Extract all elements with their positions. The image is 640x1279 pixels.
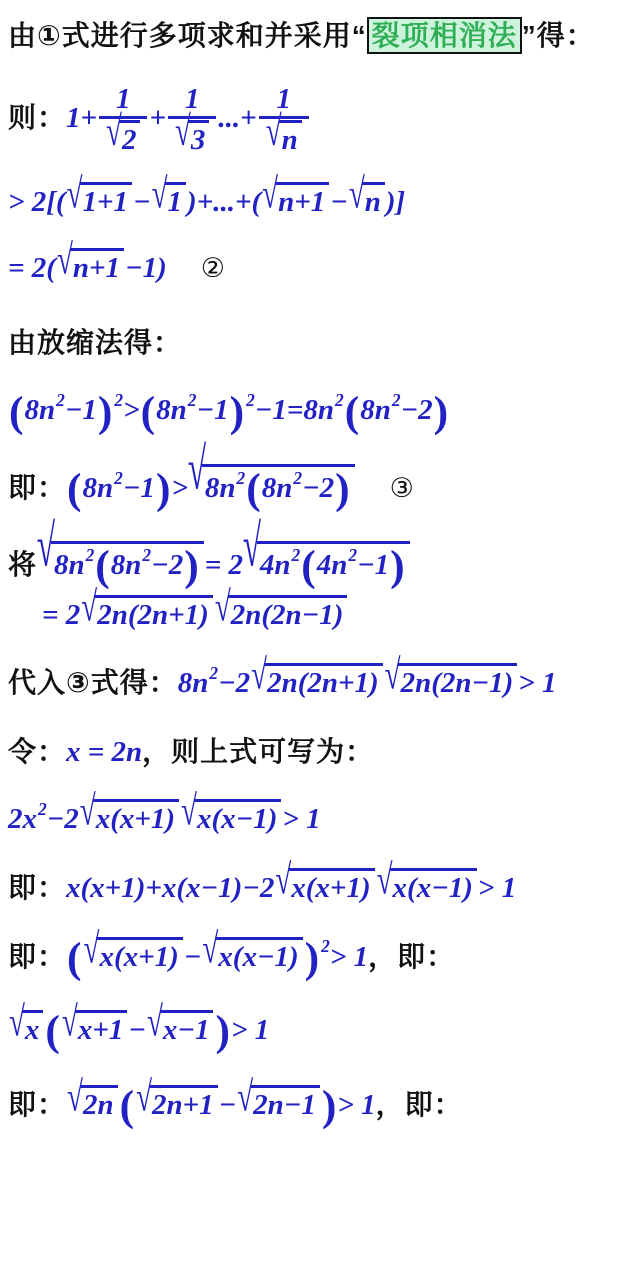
- sqrt-radical: √2n(2n+1): [81, 595, 213, 632]
- radicand: 2n−1: [250, 1085, 320, 1122]
- superscript: 2: [348, 545, 357, 565]
- equation-3-line: 即：(8n2−1)>√8n2(8n2−2)③: [8, 464, 632, 512]
- radical-sign-icon: √: [106, 109, 122, 157]
- radicand: 1: [165, 182, 187, 219]
- radicand: 8n2(8n2−2): [51, 541, 204, 589]
- big-paren: (: [246, 468, 261, 512]
- equation-number-badge: ②: [201, 253, 225, 284]
- radical-sign-icon: √: [377, 857, 393, 905]
- radical-sign-icon: √: [262, 171, 278, 219]
- equation-number-badge: ③: [390, 473, 414, 504]
- radical-sign-icon: √: [62, 999, 78, 1047]
- radicand: n+1: [70, 248, 124, 285]
- big-paren: (: [141, 391, 156, 435]
- radicand: 4n2(4n2−1): [257, 541, 410, 589]
- sqrt-transform-line: 将√8n2(8n2−2)= 2√4n2(4n2−1): [8, 541, 632, 589]
- sqrt-radical: √x−1: [147, 1010, 214, 1047]
- superscript: 2: [56, 390, 65, 410]
- big-paren: ): [305, 937, 320, 981]
- radicand: x(x+1): [93, 799, 179, 836]
- radical-sign-icon: √: [81, 584, 97, 632]
- chinese-text: ，即：: [376, 1089, 463, 1120]
- squared-inequality-line: (8n2−1)2>(8n2−1)2−1=8n2(8n2−2): [8, 390, 632, 434]
- radicand: n: [362, 182, 385, 219]
- big-paren: (: [95, 545, 110, 589]
- let-x-line: 令：x = 2n，则上式可写为：: [8, 730, 632, 770]
- radicand: 2n(2n−1): [228, 595, 348, 632]
- radical-sign-icon: √: [67, 1074, 83, 1122]
- fraction: 1√n: [259, 83, 309, 158]
- sqrt-radical: √x(x−1): [202, 937, 302, 974]
- big-paren: ): [335, 468, 350, 512]
- scaling-method-line: 由放缩法得：: [8, 321, 632, 361]
- superscript: 2: [292, 545, 301, 565]
- math-expression: 2x2−2√x(x+1)√x(x−1)> 1: [8, 803, 321, 835]
- chinese-text: ”得：: [522, 20, 595, 51]
- radicand: n+1: [275, 182, 329, 219]
- radical-sign-icon: √: [136, 1074, 152, 1122]
- math-expression: √x(√x+1−√x−1)> 1: [8, 1014, 269, 1046]
- radical-sign-icon: √: [215, 584, 231, 632]
- sqrt-radical: √x+1: [62, 1010, 127, 1047]
- perfect-square-line: 即：(√x(x+1)−√x(x−1))2> 1，即：: [8, 935, 632, 981]
- radicand: 2n: [80, 1085, 118, 1122]
- big-paren: ): [215, 1010, 230, 1054]
- sqrt-radical: √n: [266, 120, 302, 157]
- highlight-term-box: 裂项相消法: [367, 17, 522, 54]
- telescoping-expansion-line: > 2[(√1+1−√1)+...+(√n+1−√n)]: [8, 182, 632, 219]
- sqrt-radical: √n+1: [57, 248, 124, 285]
- radicand: x: [22, 1010, 44, 1047]
- radicand: x−1: [160, 1010, 214, 1047]
- sqrt-radical: √2n(2n−1): [385, 663, 518, 700]
- chinese-text: ，则上式可写为：: [142, 736, 374, 767]
- math-expression: (8n2−1)>√8n2(8n2−2): [66, 472, 356, 504]
- math-expression: (√x(x+1)−√x(x−1))2> 1: [66, 941, 368, 973]
- big-paren: (: [345, 391, 360, 435]
- superscript: 2: [321, 936, 330, 956]
- sqrt-radical: √2n−1: [237, 1085, 320, 1122]
- radicand: x+1: [75, 1010, 128, 1047]
- radical-sign-icon: √: [266, 109, 282, 157]
- superscript: 2: [188, 390, 197, 410]
- big-paren: ): [390, 545, 405, 589]
- final-2n-line: 即：√2n(√2n+1−√2n−1)> 1，即：: [8, 1083, 632, 1129]
- x-inequality-line: 2x2−2√x(x+1)√x(x−1)> 1: [8, 799, 632, 836]
- radical-sign-icon: √: [243, 514, 261, 582]
- radical-sign-icon: √: [147, 999, 163, 1047]
- radical-sign-icon: √: [275, 857, 291, 905]
- sqrt-radical: √1: [152, 182, 186, 219]
- radicand: 2n(2n+1): [94, 595, 213, 632]
- radical-sign-icon: √: [152, 171, 168, 219]
- fraction-denominator: √2: [99, 116, 147, 157]
- superscript: 2: [246, 390, 255, 410]
- sqrt-radical: √x(x−1): [377, 868, 477, 905]
- big-paren: ): [184, 545, 199, 589]
- superscript: 2: [38, 799, 47, 819]
- radicand: 2: [119, 120, 141, 157]
- big-paren: (: [67, 937, 82, 981]
- series-sum-line: 则：1+1√2+1√3...+1√n: [8, 83, 632, 158]
- sqrt-radical: √1+1: [67, 182, 132, 219]
- sqrt-radical: √2n(2n+1): [251, 663, 383, 700]
- superscript: 2: [114, 468, 123, 488]
- big-paren: (: [120, 1085, 135, 1129]
- fraction: 1√2: [99, 83, 147, 158]
- big-paren: ): [98, 391, 113, 435]
- big-paren: (: [45, 1010, 60, 1054]
- math-expression: = 2√2n(2n+1)√2n(2n−1): [42, 599, 348, 631]
- radicand: 3: [188, 120, 210, 157]
- math-expression: = 2(√n+1−1): [8, 252, 167, 284]
- big-paren: (: [301, 545, 316, 589]
- chinese-text: 即：: [8, 472, 66, 503]
- radicand: 8n2(8n2−2): [202, 464, 355, 512]
- radical-sign-icon: √: [202, 926, 218, 974]
- expanded-x-line: 即：x(x+1)+x(x−1)−2√x(x+1)√x(x−1)> 1: [8, 866, 632, 906]
- chinese-text: 即：: [8, 1089, 66, 1120]
- radicand: 1+1: [80, 182, 133, 219]
- radicand: 2n(2n−1): [398, 663, 518, 700]
- chinese-text: 由①式进行多项求和并采用“: [8, 20, 367, 51]
- radical-sign-icon: √: [80, 788, 96, 836]
- sqrt-radical: √3: [175, 120, 209, 157]
- chinese-text: 即：: [8, 872, 66, 903]
- superscript: 2: [86, 545, 95, 565]
- chinese-text: 将: [8, 549, 37, 580]
- big-paren: ): [434, 391, 449, 435]
- radical-sign-icon: √: [385, 652, 401, 700]
- chinese-text: ，即：: [368, 941, 455, 972]
- chinese-text: 则：: [8, 102, 66, 133]
- math-expression: √2n(√2n+1−√2n−1)> 1: [66, 1089, 376, 1121]
- sqrt-x-factor-line: √x(√x+1−√x−1)> 1: [8, 1010, 632, 1054]
- chinese-text: 即：: [8, 941, 66, 972]
- math-expression: 1+1√2+1√3...+1√n: [66, 102, 311, 134]
- radical-sign-icon: √: [181, 788, 197, 836]
- big-paren: ): [156, 468, 171, 512]
- big-paren: ): [230, 391, 245, 435]
- radical-sign-icon: √: [57, 237, 73, 285]
- chinese-text: 代入③式得：: [8, 667, 178, 698]
- sqrt-radical: √x(x+1): [80, 799, 179, 836]
- radical-sign-icon: √: [37, 514, 55, 582]
- radicand: x(x+1): [96, 937, 182, 974]
- substitute-into-3-line: 代入③式得：8n2−2√2n(2n+1)√2n(2n−1)> 1: [8, 661, 632, 701]
- sqrt-radical: √x(x+1): [275, 868, 374, 905]
- sqrt-radical: √2n: [67, 1085, 118, 1122]
- superscript: 2: [237, 468, 246, 488]
- superscript: 2: [142, 545, 151, 565]
- radical-sign-icon: √: [251, 652, 267, 700]
- big-paren: (: [9, 391, 24, 435]
- fraction-denominator: √3: [168, 116, 216, 157]
- radical-sign-icon: √: [188, 437, 206, 505]
- radical-sign-icon: √: [9, 999, 25, 1047]
- math-proof-document: 由①式进行多项求和并采用“裂项相消法”得：则：1+1√2+1√3...+1√n>…: [8, 14, 632, 1129]
- superscript: 2: [209, 663, 218, 683]
- radicand: x(x−1): [215, 937, 302, 974]
- sqrt-radical: √8n2(8n2−2): [38, 541, 204, 589]
- equation-2-line: = 2(√n+1−1)②: [8, 248, 632, 285]
- sqrt-radical: √n+1: [262, 182, 329, 219]
- superscript: 2: [335, 390, 344, 410]
- radical-sign-icon: √: [67, 171, 83, 219]
- sqrt-radical: √2n+1: [136, 1085, 218, 1122]
- radicand: n: [279, 120, 302, 157]
- radical-sign-icon: √: [237, 1074, 253, 1122]
- sqrt-radical: √x(x−1): [181, 799, 281, 836]
- big-paren: ): [322, 1085, 337, 1129]
- math-expression: > 2[(√1+1−√1)+...+(√n+1−√n)]: [8, 186, 405, 218]
- math-expression: (8n2−1)2>(8n2−1)2−1=8n2(8n2−2): [8, 394, 449, 426]
- radicand: x(x+1): [288, 868, 374, 905]
- superscript: 2: [114, 390, 123, 410]
- big-paren: (: [67, 468, 82, 512]
- radical-sign-icon: √: [84, 926, 100, 974]
- intro-line: 由①式进行多项求和并采用“裂项相消法”得：: [8, 14, 632, 54]
- sqrt-radical: √2: [106, 120, 140, 157]
- math-expression: x = 2n: [66, 736, 142, 768]
- math-expression: 8n2−2√2n(2n+1)√2n(2n−1)> 1: [178, 667, 557, 699]
- sqrt-radical: √4n2(4n2−1): [244, 541, 410, 589]
- math-expression: x(x+1)+x(x−1)−2√x(x+1)√x(x−1)> 1: [66, 872, 516, 904]
- fraction: 1√3: [168, 83, 216, 158]
- radical-sign-icon: √: [349, 171, 365, 219]
- factored-product-line: = 2√2n(2n+1)√2n(2n−1): [8, 595, 632, 632]
- chinese-text: 由放缩法得：: [8, 327, 182, 358]
- radical-sign-icon: √: [175, 109, 191, 157]
- chinese-text: 令：: [8, 736, 66, 767]
- sqrt-radical: √8n2(8n2−2): [189, 464, 355, 512]
- sqrt-radical: √n: [349, 182, 385, 219]
- math-expression: √8n2(8n2−2)= 2√4n2(4n2−1): [37, 549, 411, 581]
- radicand: 2n+1: [149, 1085, 218, 1122]
- radicand: x(x−1): [194, 799, 281, 836]
- superscript: 2: [392, 390, 401, 410]
- sqrt-radical: √x: [9, 1010, 43, 1047]
- radicand: x(x−1): [390, 868, 477, 905]
- superscript: 2: [293, 468, 302, 488]
- fraction-denominator: √n: [259, 116, 309, 157]
- radicand: 2n(2n+1): [264, 663, 383, 700]
- sqrt-radical: √x(x+1): [84, 937, 183, 974]
- sqrt-radical: √2n(2n−1): [215, 595, 348, 632]
